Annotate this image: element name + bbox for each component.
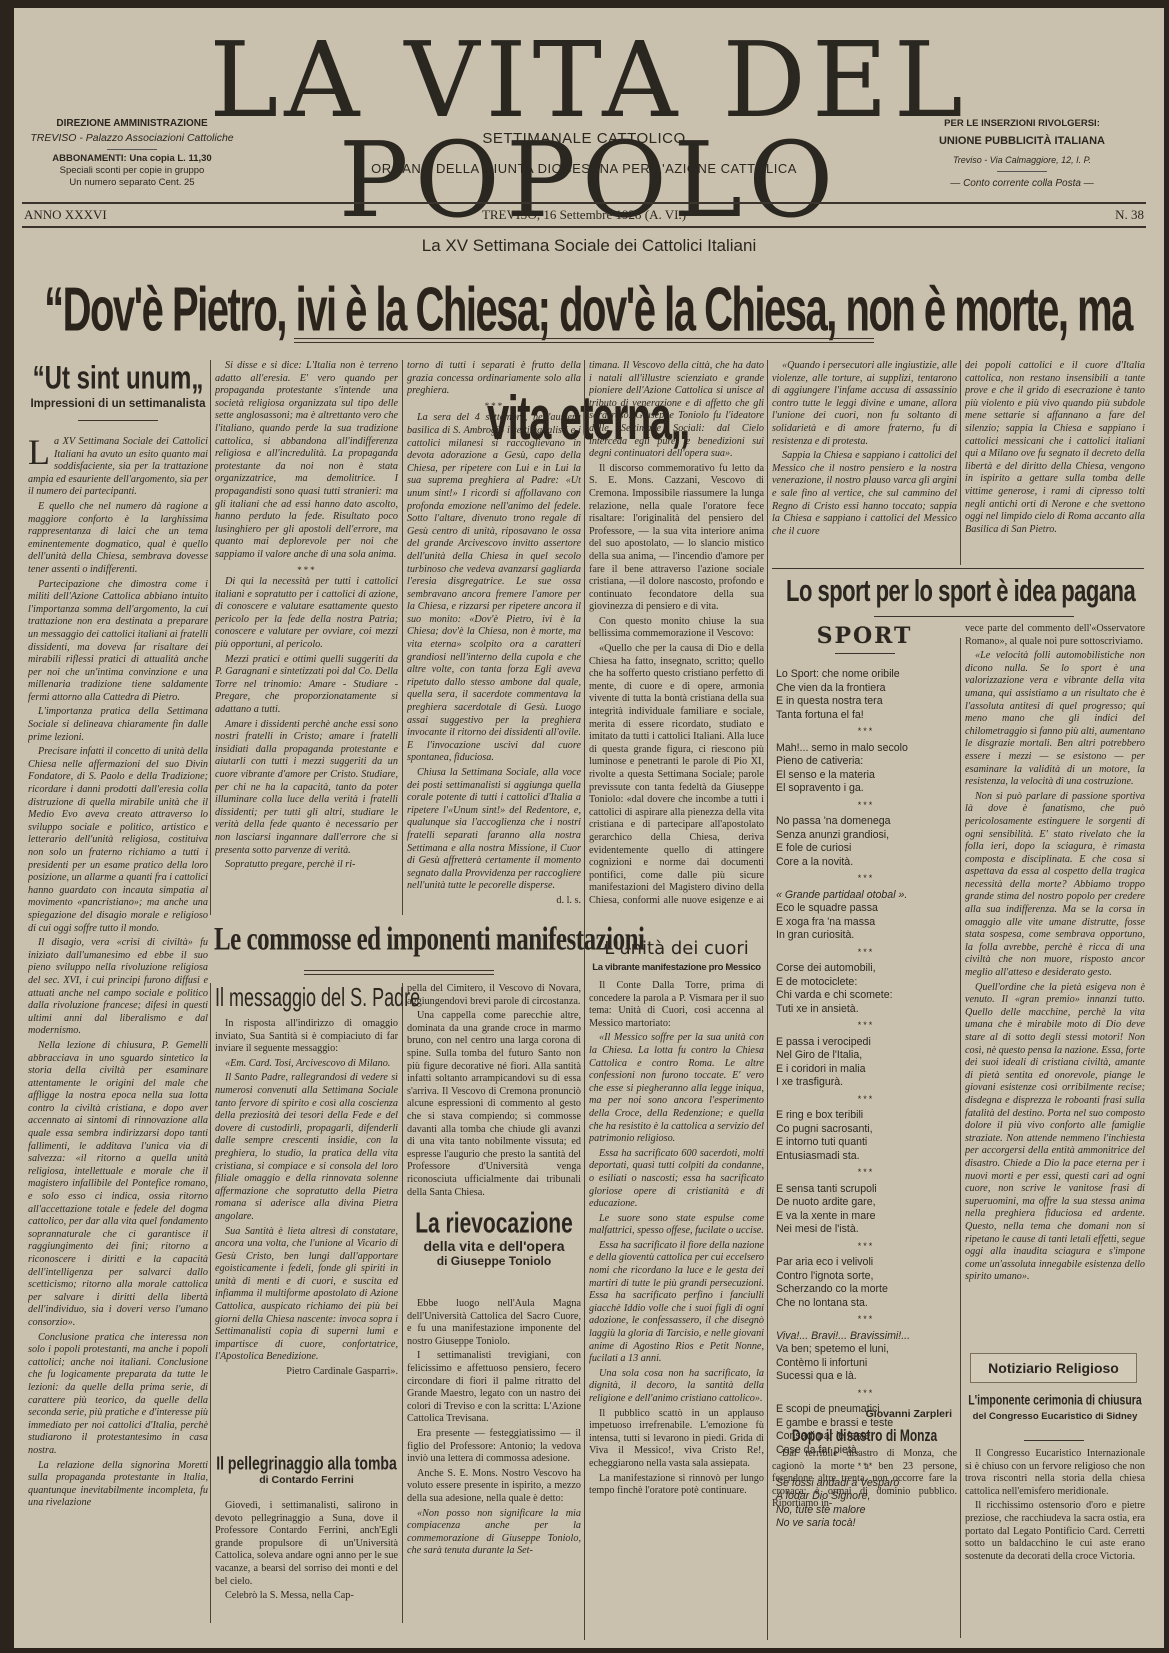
messico-appeal: «Quando i persecutori alle ingiustizie, …	[772, 360, 957, 565]
column-divider	[210, 983, 211, 1623]
poem-line: E sensa tanti scrupoli	[776, 1183, 956, 1197]
stanza-separator: ***	[776, 1313, 956, 1327]
monza-header: Dopo il disastro di Monza	[772, 1426, 957, 1440]
poem-line: Viva!... Bravi!... Bravissimi!...	[776, 1330, 956, 1344]
poem-line: Tuti xe in ansietà.	[776, 1003, 956, 1017]
agency-address: Treviso - Via Calmaggiore, 12, I. P.	[902, 153, 1142, 168]
rievocazione-body: Ebbe luogo nell'Aula Magna dell'Universi…	[407, 1298, 581, 1638]
stanza-separator: ***	[776, 1093, 956, 1107]
messico-appeal-continued: dei popoli cattolici e il cuore d'Italia…	[965, 360, 1145, 565]
poem-line: Contèmo li infortuni	[776, 1357, 956, 1371]
stanza-separator: ***	[776, 725, 956, 739]
column-divider	[210, 360, 211, 915]
sport-poem: Lo Sport: che nome oribileChe vien da la…	[776, 668, 956, 1531]
poem-line: E xoga fra 'na massa	[776, 916, 956, 930]
messaggio-header: Il messaggio del S. Padre	[215, 983, 398, 1004]
column-divider	[402, 983, 403, 1623]
masthead-left-block: DIREZIONE AMMINISTRAZIONE TREVISO - Pala…	[22, 116, 242, 189]
sport-poem-header: SPORT	[772, 623, 957, 658]
stanza-separator: ***	[776, 1019, 956, 1033]
poem-line: Corse dei automobili,	[776, 962, 956, 976]
messaggio-title: Il messaggio del S. Padre	[215, 983, 398, 1013]
poem-line: Par aria eco i velivoli	[776, 1256, 956, 1270]
stanza-separator: ***	[776, 799, 956, 813]
poem-line: De nuoto ardite gare,	[776, 1196, 956, 1210]
drop-cap: L	[28, 436, 50, 468]
poem-line: Tanta fortuna el fa!	[776, 709, 956, 723]
notiziario-header: L'imponente cerimonia di chiusura del Co…	[965, 1393, 1145, 1422]
newspaper-page: LA VITA DEL POPOLO DIREZIONE AMMINISTRAZ…	[14, 8, 1164, 1648]
issue-number: N. 38	[1074, 207, 1144, 223]
poem-line: E va la xente in mare	[776, 1210, 956, 1224]
poem-line: No passa 'na domenega	[776, 815, 956, 829]
rievocazione-byline: di Giuseppe Toniolo	[407, 1254, 581, 1268]
poem-line: Che no lontana sta.	[776, 1297, 956, 1311]
masthead-center-block: SETTIMANALE CATTOLICO ORGANO DELLA GIUNT…	[284, 130, 884, 176]
poem-line: Entusiasmadi sta.	[776, 1150, 956, 1164]
postal-account: — Conto corrente colla Posta —	[902, 176, 1142, 191]
manifestazioni-header: Le commosse ed imponenti manifestazioni	[214, 922, 584, 950]
poem-line: E in questa nostra tera	[776, 695, 956, 709]
poem-line: Nei mesi de l'istà.	[776, 1223, 956, 1237]
ornament	[874, 616, 1074, 617]
poem-line: Core a la novità.	[776, 856, 956, 870]
ornament	[835, 653, 895, 654]
organ-subtitle: ORGANO DELLA GIUNTA DIOCESANA PER L'AZIO…	[284, 161, 884, 176]
poem-line: Eco le squadre passa	[776, 902, 956, 916]
stanza-separator: ***	[776, 1240, 956, 1254]
ut-sint-header: “Ut sint unum„ Impressioni di un settima…	[28, 360, 208, 410]
sport-section-header: Lo sport per lo sport è idea pagana	[772, 573, 1144, 599]
banner-ornament	[294, 338, 874, 343]
notiziario-box: Notiziario Religioso	[970, 1353, 1137, 1383]
unita-title: L'unità dei cuori	[589, 938, 764, 959]
poem-line: Senza anunzi grandiosi,	[776, 829, 956, 843]
pellegrinaggio-continued: pella del Cimitero, il Vescovo di Novara…	[407, 983, 581, 1196]
rievocazione-title: La rievocazione	[407, 1208, 581, 1240]
monza-title: Dopo il disastro di Monza	[772, 1426, 957, 1445]
poem-line: E ring e box teribili	[776, 1109, 956, 1123]
poem-line: El senso e la materia	[776, 769, 956, 783]
poem-line: Va ben; spetemo el luni,	[776, 1343, 956, 1357]
ornament	[1024, 1440, 1084, 1441]
ornament	[304, 970, 494, 975]
ut-sint-continued: Si disse e si dice: L'Italia non è terre…	[215, 360, 398, 915]
poem-line: E de motociclete:	[776, 976, 956, 990]
unita-subtitle: La vibrante manifestazione pro Messico	[589, 962, 764, 973]
subscription-price: ABBONAMENTI: Una copia L. 11,30	[22, 153, 242, 165]
poem-author: Giovanni Zarpleri	[772, 1408, 952, 1420]
dateline-rule	[22, 226, 1146, 228]
rievocazione-header: La rievocazione della vita e dell'opera …	[407, 1208, 581, 1268]
notiziario-box-title: Notiziario Religioso	[971, 1354, 1136, 1382]
messaggio-signature: Pietro Cardinale Gasparri».	[215, 1366, 398, 1379]
sport-poem-title: SPORT	[772, 623, 957, 649]
divider	[997, 171, 1047, 172]
column-divider	[960, 360, 961, 565]
poem-line: Chi varda e chi scomete:	[776, 989, 956, 1003]
stanza-separator: ***	[776, 1387, 956, 1401]
pellegrinaggio-header: Il pellegrinaggio alla tomba di Contardo…	[215, 1452, 398, 1486]
poem-line: E i coridori in malia	[776, 1063, 956, 1077]
poem-line: E intorno tuti quanti	[776, 1136, 956, 1150]
section-rule	[772, 568, 1144, 569]
notiziario-subtitle: del Congresso Eucaristico di Sidney	[965, 1411, 1145, 1422]
ut-sint-conclusion: torno di tutti i separati è frutto della…	[407, 360, 581, 915]
manifestazioni-title: Le commosse ed imponenti manifestazioni	[214, 922, 584, 958]
divider	[107, 149, 157, 150]
article-signature: d. l. s.	[407, 895, 581, 908]
administration-address: TREVISO - Palazzo Associazioni Cattolich…	[22, 131, 242, 146]
stanza-separator: ***	[776, 872, 956, 886]
poem-line: Che vien da la frontiera	[776, 682, 956, 696]
monza-body: Dal terribile disastro di Monza, che cag…	[772, 1448, 957, 1528]
poem-line: I xe trasfigurà.	[776, 1076, 956, 1090]
poem-line: Contro l'ignota sorte,	[776, 1270, 956, 1284]
weekly-subtitle: SETTIMANALE CATTOLICO	[284, 130, 884, 147]
single-issue-price: Un numero separato Cent. 25	[22, 177, 242, 189]
poem-line: E fole de curiosi	[776, 842, 956, 856]
masthead-right-block: PER LE INSERZIONI RIVOLGERSI: UNIONE PUB…	[902, 116, 1142, 191]
sport-section-title: Lo sport per lo sport è idea pagana	[772, 573, 1144, 609]
poem-line: Nel Giro de l'Italia,	[776, 1049, 956, 1063]
column-divider	[767, 360, 768, 1640]
issue-date: TREVISO, 16 Settembre 1928 (A. VI.)	[354, 207, 814, 223]
poem-line: In gran curiosità.	[776, 929, 956, 943]
osservatore-commentary: vece parte del commento dell'«Osservator…	[965, 623, 1145, 1328]
column-divider	[960, 638, 961, 1638]
poem-line: Sucessi qua e là.	[776, 1370, 956, 1384]
volume-year: ANNO XXXVI	[24, 207, 107, 223]
unita-header: L'unità dei cuori La vibrante manifestaz…	[589, 938, 764, 973]
poem-line: Mah!... semo in malo secolo	[776, 742, 956, 756]
banner-kicker: La XV Settimana Sociale dei Cattolici It…	[14, 236, 1164, 256]
column-divider	[402, 360, 403, 915]
poem-line: Lo Sport: che nome oribile	[776, 668, 956, 682]
advertising-label: PER LE INSERZIONI RIVOLGERSI:	[902, 116, 1142, 131]
pellegrinaggio-subtitle: di Contardo Ferrini	[215, 1474, 398, 1486]
administration-label: DIREZIONE AMMINISTRAZIONE	[22, 116, 242, 131]
unita-body: Il Conte Dalla Torre, prima di concedere…	[589, 980, 764, 1640]
notiziario-title: L'imponente cerimonia di chiusura	[965, 1393, 1145, 1409]
poem-line: E passa i verocipedi	[776, 1036, 956, 1050]
stanza-separator: ***	[776, 946, 956, 960]
poem-line: El sopravento i ga.	[776, 782, 956, 796]
advertising-agency: UNIONE PUBBLICITÀ ITALIANA	[902, 134, 1142, 149]
poem-line: « Grande partidaal otobal ».	[776, 889, 956, 903]
masthead-rule	[22, 202, 1146, 204]
notiziario-body: Il Congresso Eucaristico Internazionale …	[965, 1448, 1145, 1598]
toniolo-commemoration: timana. Il Vescovo della città, che ha d…	[589, 360, 764, 905]
ut-sint-title: “Ut sint unum„	[28, 360, 208, 398]
column-divider	[584, 360, 585, 1640]
messaggio-body: In risposta all'indirizzo di omaggio inv…	[215, 1018, 398, 1383]
poem-line: Co pugni sacrosanti,	[776, 1123, 956, 1137]
poem-line: Pieno de cativeria:	[776, 755, 956, 769]
poem-line: Scherzando co la morte	[776, 1283, 956, 1297]
ut-sint-subtitle: Impressioni di un settimanalista	[28, 398, 208, 410]
stanza-separator: ***	[776, 1166, 956, 1180]
group-discount: Speciali sconti per copie in gruppo	[22, 165, 242, 177]
pellegrinaggio-title: Il pellegrinaggio alla tomba	[215, 1452, 398, 1474]
ornament	[78, 420, 158, 422]
ut-sint-body: La XV Settimana Sociale dei Cattolici It…	[28, 436, 208, 1646]
pellegrinaggio-body: Giovedì, i settimanalisti, salirono in d…	[215, 1500, 398, 1630]
